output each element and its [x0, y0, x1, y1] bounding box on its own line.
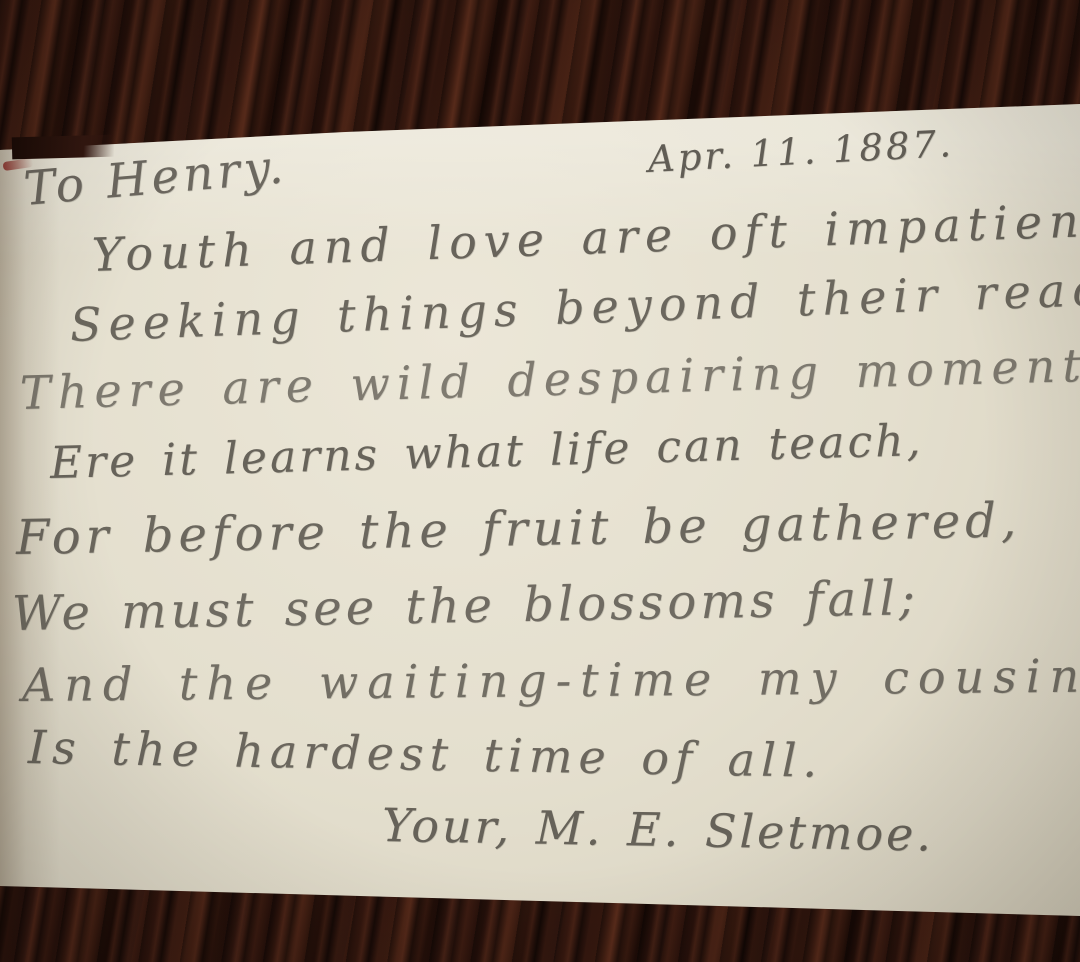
poem-line: For before the fruit be gathered,	[16, 492, 1022, 566]
poem-line: We must see the blossoms fall;	[12, 570, 920, 642]
poem-line: Ere it learns what life can teach,	[49, 415, 924, 489]
page-corner-notch	[12, 135, 115, 160]
poem-line: Is the hardest time of all.	[28, 720, 824, 788]
poem-line: And the waiting-time my cousin	[22, 649, 1080, 712]
photo-of-album-on-wood-table: Apr. 11. 1887. To Henry. Youth and love …	[0, 0, 1080, 962]
signature-line: Your, M. E. Sletmoe.	[382, 798, 935, 862]
poem-line: There are wild despairing moments	[19, 337, 1080, 420]
album-page: Apr. 11. 1887. To Henry. Youth and love …	[0, 0, 1080, 962]
date-line: Apr. 11. 1887.	[647, 122, 955, 181]
